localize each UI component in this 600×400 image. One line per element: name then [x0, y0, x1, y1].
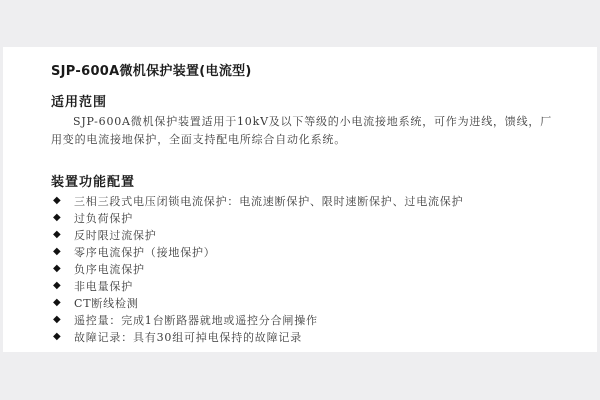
section-heading-config: 装置功能配置	[51, 171, 135, 190]
diamond-bullet-icon: ◆	[53, 212, 69, 223]
list-item: ◆ 负序电流保护	[51, 260, 463, 277]
feature-text: 非电量保护	[74, 278, 133, 294]
list-item: ◆ 非电量保护	[51, 277, 463, 294]
diamond-bullet-icon: ◆	[53, 195, 69, 206]
list-item: ◆ 三相三段式电压闭锁电流保护：电流速断保护、限时速断保护、过电流保护	[51, 192, 463, 209]
feature-text: 故障记录：具有30组可掉电保持的故障记录	[74, 329, 302, 345]
diamond-bullet-icon: ◆	[53, 314, 69, 325]
diamond-bullet-icon: ◆	[53, 229, 69, 240]
list-item: ◆ 遥控量：完成1台断路器就地或遥控分合闸操作	[51, 311, 463, 328]
document-title: SJP-600A微机保护装置(电流型)	[51, 60, 252, 79]
feature-text: 负序电流保护	[74, 261, 145, 277]
diamond-bullet-icon: ◆	[53, 331, 69, 342]
list-item: ◆ 零序电流保护（接地保护）	[51, 243, 463, 260]
feature-text: 过负荷保护	[74, 210, 133, 226]
feature-text: 零序电流保护（接地保护）	[74, 244, 216, 260]
diamond-bullet-icon: ◆	[53, 297, 69, 308]
feature-text: CT断线检测	[74, 295, 139, 311]
list-item: ◆ 反时限过流保护	[51, 226, 463, 243]
feature-list: ◆ 三相三段式电压闭锁电流保护：电流速断保护、限时速断保护、过电流保护 ◆ 过负…	[51, 192, 463, 345]
feature-text: 遥控量：完成1台断路器就地或遥控分合闸操作	[74, 312, 318, 328]
document-card: SJP-600A微机保护装置(电流型) 适用范围 SJP-600A微机保护装置适…	[3, 47, 597, 352]
list-item: ◆ 过负荷保护	[51, 209, 463, 226]
feature-text: 三相三段式电压闭锁电流保护：电流速断保护、限时速断保护、过电流保护	[74, 193, 463, 209]
feature-text: 反时限过流保护	[74, 227, 157, 243]
list-item: ◆ 故障记录：具有30组可掉电保持的故障记录	[51, 328, 463, 345]
scope-paragraph: SJP-600A微机保护装置适用于10kV及以下等级的小电流接地系统，可作为进线…	[51, 113, 561, 149]
diamond-bullet-icon: ◆	[53, 280, 69, 291]
diamond-bullet-icon: ◆	[53, 263, 69, 274]
section-heading-scope: 适用范围	[51, 91, 107, 110]
list-item: ◆ CT断线检测	[51, 294, 463, 311]
diamond-bullet-icon: ◆	[53, 246, 69, 257]
